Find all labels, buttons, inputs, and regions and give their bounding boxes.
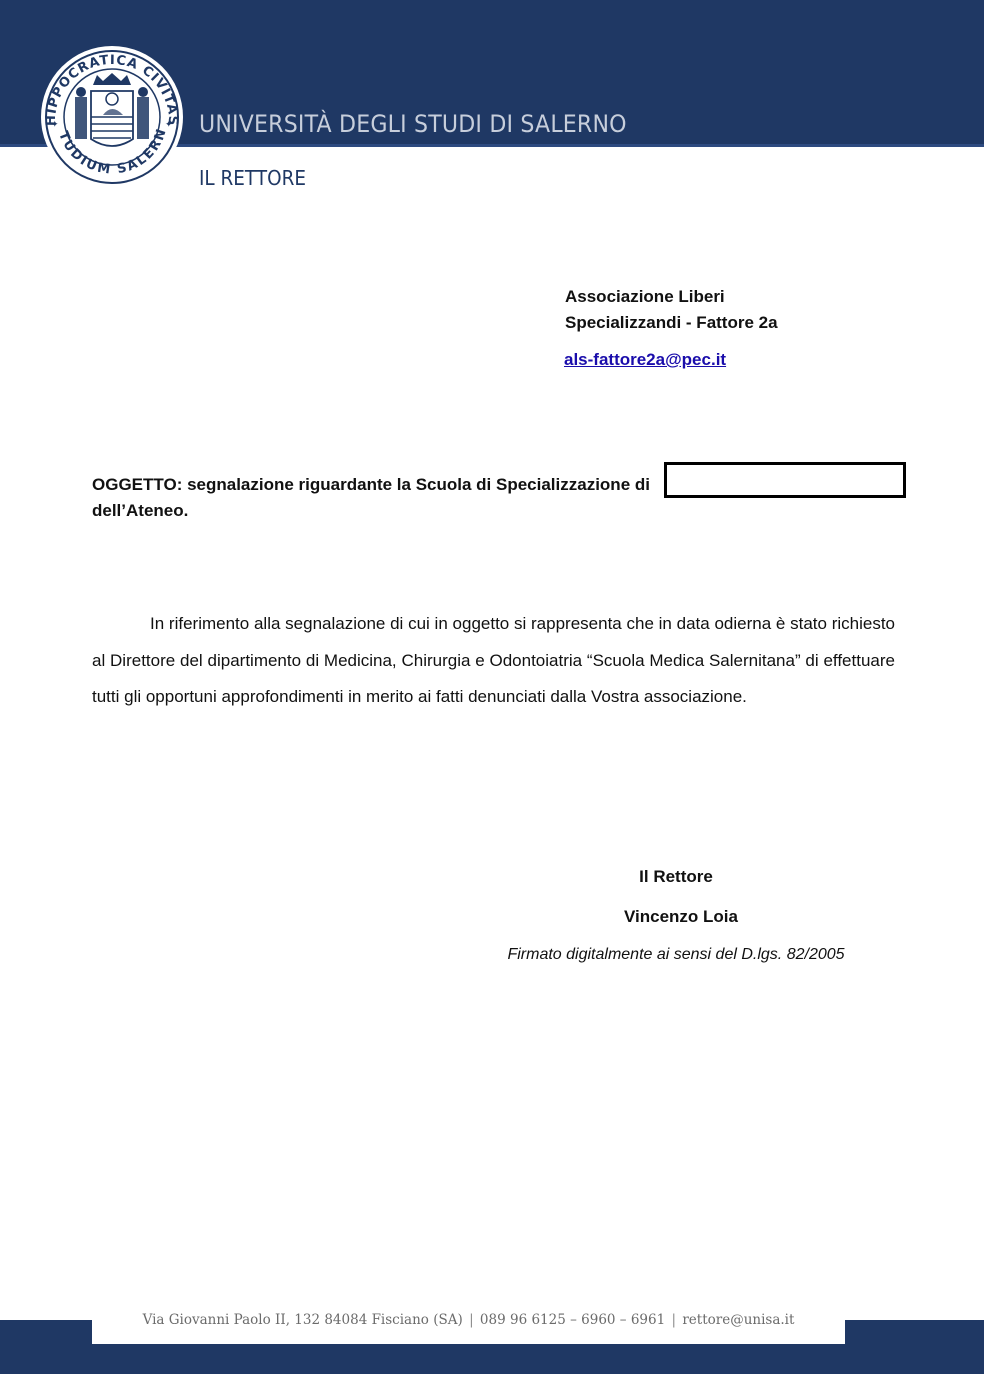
recipient-line-2: Specializzandi - Fattore 2a — [565, 310, 778, 336]
body-paragraph: In riferimento alla segnalazione di cui … — [92, 606, 895, 716]
recipient-email-link[interactable]: als-fattore2a@pec.it — [564, 350, 726, 370]
university-seal-icon: HIPPOCRATICA CIVITAS STUDIUM SALERNI ✦ ✦ — [37, 45, 187, 189]
signature-note: Firmato digitalmente ai sensi del D.lgs.… — [476, 946, 876, 964]
footer-phone: 089 96 6125 – 6960 – 6961 — [480, 1312, 665, 1328]
body-paragraph-text: In riferimento alla segnalazione di cui … — [92, 614, 895, 706]
footer-address: Via Giovanni Paolo II, 132 84084 Fiscian… — [143, 1312, 463, 1328]
signature-name: Vincenzo Loia — [581, 907, 781, 927]
office-title: IL RETTORE — [199, 166, 306, 190]
subject-line-2: dell’Ateneo. — [92, 498, 922, 524]
svg-text:✦: ✦ — [51, 119, 59, 129]
recipient-block: Associazione Liberi Specializzandi - Fat… — [565, 284, 778, 336]
svg-text:✦: ✦ — [165, 119, 173, 129]
footer-separator: | — [669, 1312, 678, 1328]
university-name: UNIVERSITÀ DEGLI STUDI DI SALERNO — [199, 110, 627, 138]
footer-separator: | — [467, 1312, 476, 1328]
recipient-line-1: Associazione Liberi — [565, 284, 778, 310]
footer-contact: Via Giovanni Paolo II, 132 84084 Fiscian… — [92, 1312, 845, 1328]
signature-role: Il Rettore — [576, 867, 776, 887]
footer-email[interactable]: rettore@unisa.it — [682, 1312, 794, 1328]
redaction-box — [664, 462, 906, 498]
